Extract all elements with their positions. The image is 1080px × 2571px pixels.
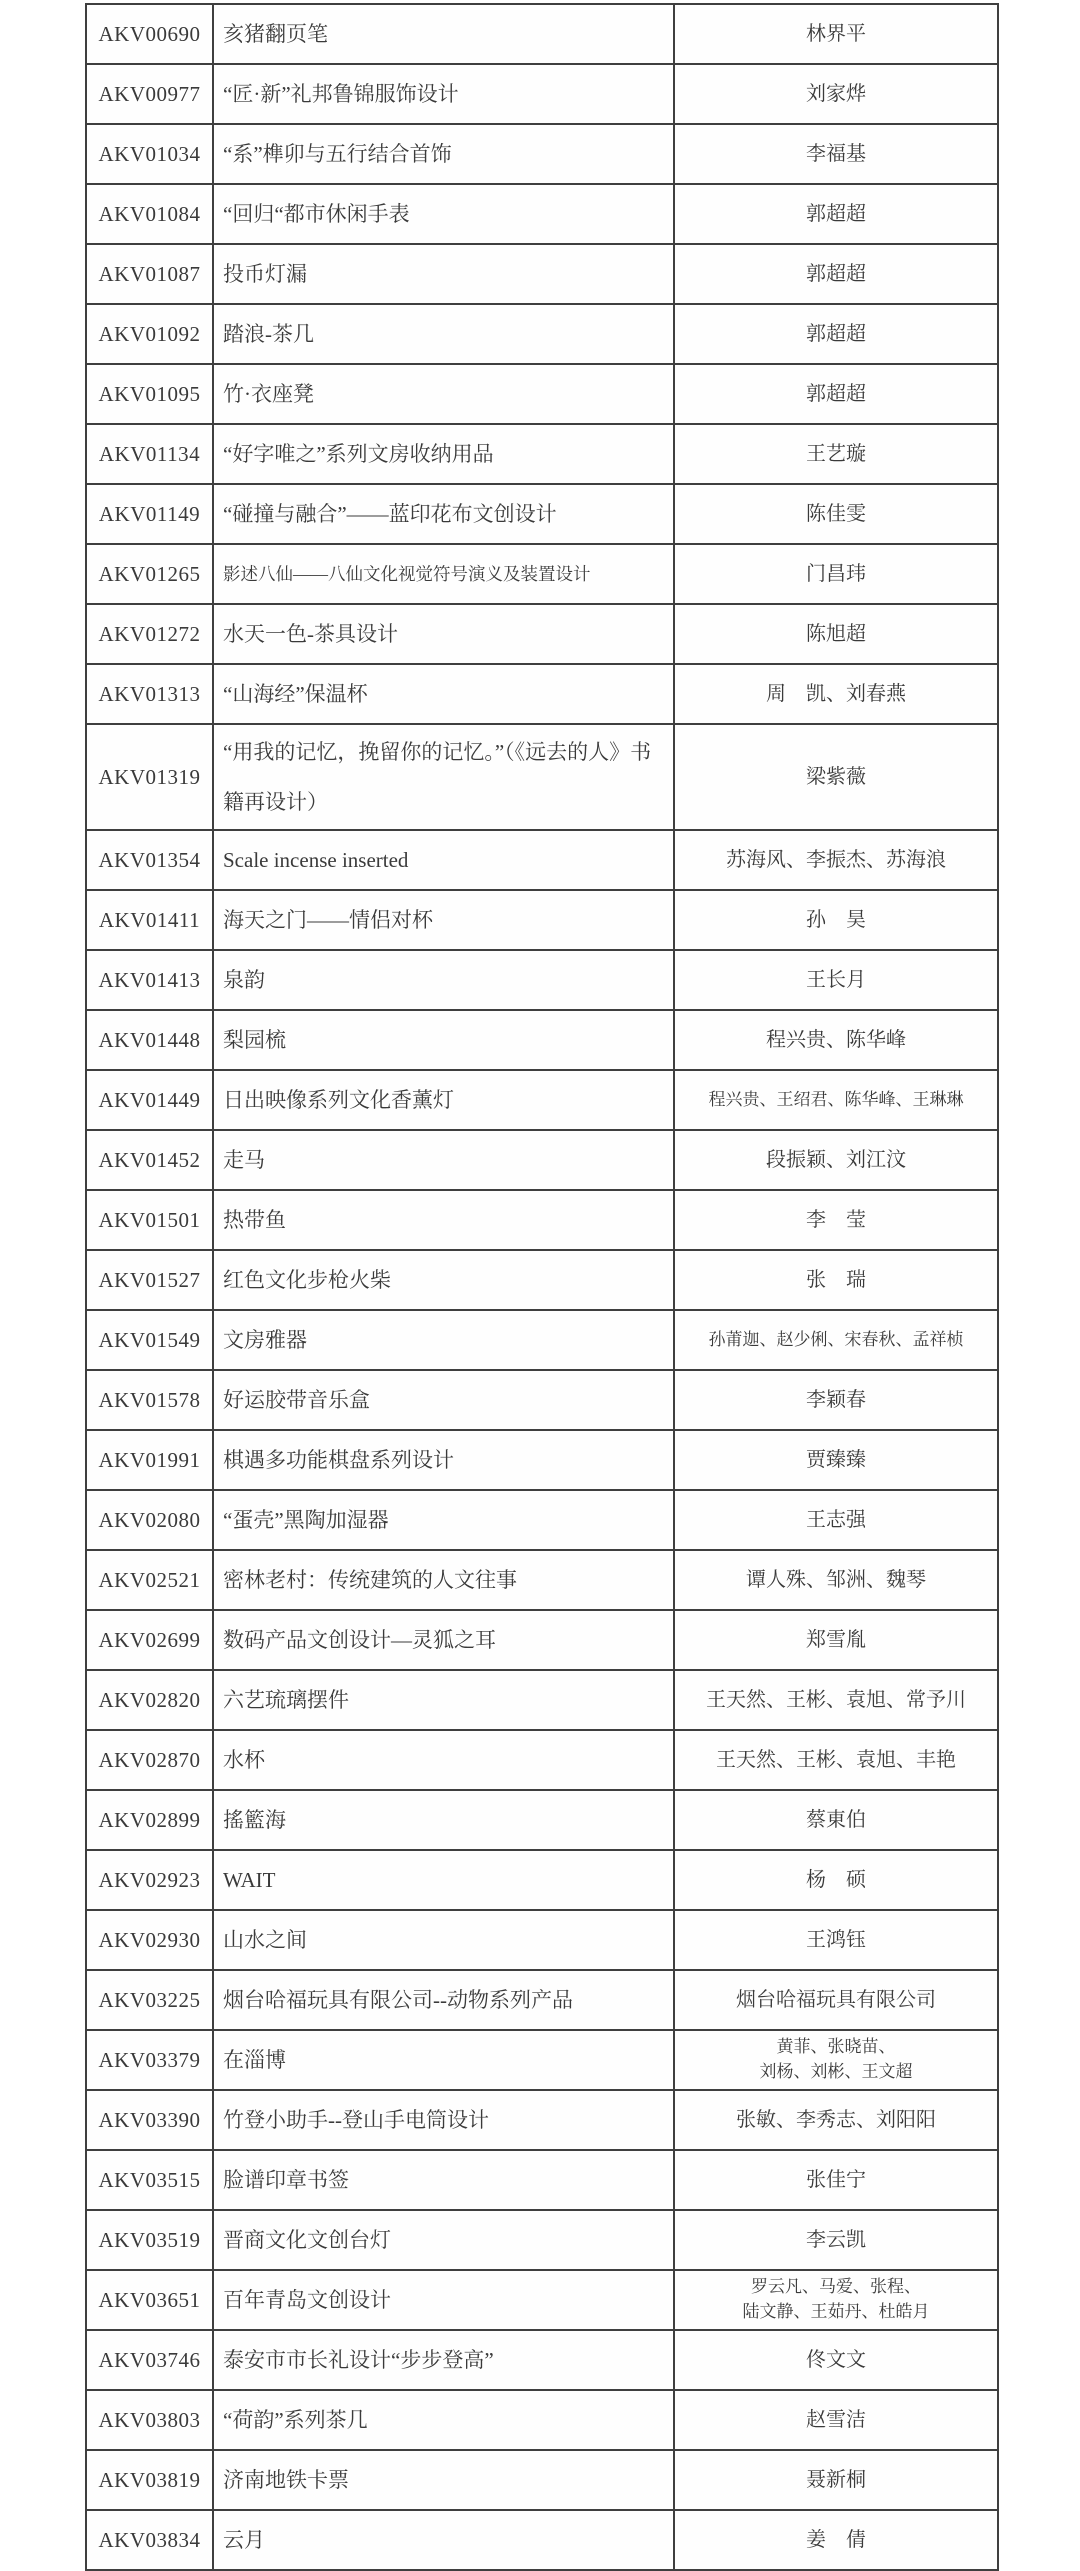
table-row: AKV01134 “好字唯之”系列文房收纳用品 王艺璇	[86, 424, 998, 484]
authors-cell: 王长月	[674, 950, 998, 1010]
work-title-cell: 云月	[213, 2510, 674, 2570]
awards-table-container: AKV00690 亥猪翻页笔 林界平 AKV00977 “匠·新”礼邦鲁锦服饰设…	[85, 3, 997, 2571]
entry-id-cell: AKV02930	[86, 1910, 213, 1970]
table-row: AKV01578 好运胶带音乐盒 李颖春	[86, 1370, 998, 1430]
entry-id-cell: AKV02521	[86, 1550, 213, 1610]
entry-id-cell: AKV01578	[86, 1370, 213, 1430]
entry-id-cell: AKV01034	[86, 124, 213, 184]
authors-cell: 杨 硕	[674, 1850, 998, 1910]
authors-cell: 孙莆迦、赵少俐、宋春秋、孟祥桢	[674, 1310, 998, 1370]
work-title-cell: “用我的记忆，挽留你的记忆。”（《远去的人》书籍再设计）	[213, 724, 674, 830]
authors-cell: 姜 倩	[674, 2510, 998, 2570]
table-row: AKV01549 文房雅器 孙莆迦、赵少俐、宋春秋、孟祥桢	[86, 1310, 998, 1370]
work-title-cell: 数码产品文创设计—灵狐之耳	[213, 1610, 674, 1670]
entry-id-cell: AKV02080	[86, 1490, 213, 1550]
authors-cell: 梁紫薇	[674, 724, 998, 830]
entry-id-cell: AKV02820	[86, 1670, 213, 1730]
work-title-cell: 泰安市市长礼设计“步步登高”	[213, 2330, 674, 2390]
authors-cell: 陈旭超	[674, 604, 998, 664]
work-title-cell: 文房雅器	[213, 1310, 674, 1370]
entry-id-cell: AKV03803	[86, 2390, 213, 2450]
table-row: AKV01452 走马 段振颖、刘江汶	[86, 1130, 998, 1190]
authors-cell: 刘家烨	[674, 64, 998, 124]
work-title-cell: WAIT	[213, 1850, 674, 1910]
entry-id-cell: AKV01501	[86, 1190, 213, 1250]
awards-table: AKV00690 亥猪翻页笔 林界平 AKV00977 “匠·新”礼邦鲁锦服饰设…	[85, 3, 999, 2571]
table-row: AKV00690 亥猪翻页笔 林界平	[86, 4, 998, 64]
table-row: AKV03379 在淄博 黄菲、张晓苗、刘杨、刘彬、王文超	[86, 2030, 998, 2090]
work-title-cell: 晋商文化文创台灯	[213, 2210, 674, 2270]
table-row: AKV01991 棋遇多功能棋盘系列设计 贾臻臻	[86, 1430, 998, 1490]
authors-cell: 王艺璇	[674, 424, 998, 484]
entry-id-cell: AKV03651	[86, 2270, 213, 2330]
entry-id-cell: AKV01092	[86, 304, 213, 364]
table-row: AKV03803 “荷韵”系列茶几 赵雪洁	[86, 2390, 998, 2450]
work-title-cell: 竹·衣座凳	[213, 364, 674, 424]
authors-cell: 李福基	[674, 124, 998, 184]
work-title-cell: “系”榫卯与五行结合首饰	[213, 124, 674, 184]
authors-cell: 王天然、王彬、袁旭、常予川	[674, 1670, 998, 1730]
authors-cell: 程兴贵、陈华峰	[674, 1010, 998, 1070]
work-title-cell: 梨园梳	[213, 1010, 674, 1070]
table-row: AKV02870 水杯 王天然、王彬、袁旭、丰艳	[86, 1730, 998, 1790]
work-title-cell: 竹登小助手--登山手电筒设计	[213, 2090, 674, 2150]
entry-id-cell: AKV01149	[86, 484, 213, 544]
authors-cell: 蔡東伯	[674, 1790, 998, 1850]
authors-cell: 聂新桐	[674, 2450, 998, 2510]
authors-cell: 郭超超	[674, 304, 998, 364]
table-row: AKV03819 济南地铁卡票 聂新桐	[86, 2450, 998, 2510]
authors-cell: 张 瑞	[674, 1250, 998, 1310]
table-row: AKV01354 Scale incense inserted 苏海风、李振杰、…	[86, 830, 998, 890]
entry-id-cell: AKV02923	[86, 1850, 213, 1910]
authors-cell: 程兴贵、王绍君、陈华峰、王琳琳	[674, 1070, 998, 1130]
table-row: AKV03651 百年青岛文创设计 罗云凡、马爱、张程、陆文静、王茹丹、杜皓月	[86, 2270, 998, 2330]
authors-cell: 贾臻臻	[674, 1430, 998, 1490]
authors-cell: 赵雪洁	[674, 2390, 998, 2450]
work-title-cell: 济南地铁卡票	[213, 2450, 674, 2510]
entry-id-cell: AKV00977	[86, 64, 213, 124]
entry-id-cell: AKV00690	[86, 4, 213, 64]
entry-id-cell: AKV01084	[86, 184, 213, 244]
work-title-cell: 脸谱印章书签	[213, 2150, 674, 2210]
work-title-cell: 百年青岛文创设计	[213, 2270, 674, 2330]
table-row: AKV01095 竹·衣座凳 郭超超	[86, 364, 998, 424]
work-title-cell: 热带鱼	[213, 1190, 674, 1250]
table-row: AKV02521 密林老村：传统建筑的人文往事 谭人殊、邹洲、魏琴	[86, 1550, 998, 1610]
entry-id-cell: AKV01991	[86, 1430, 213, 1490]
entry-id-cell: AKV02699	[86, 1610, 213, 1670]
work-title-cell: 六艺琉璃摆件	[213, 1670, 674, 1730]
entry-id-cell: AKV01313	[86, 664, 213, 724]
table-row: AKV01149 “碰撞与融合”——蓝印花布文创设计 陈佳雯	[86, 484, 998, 544]
table-row: AKV01084 “回归“都市休闲手表 郭超超	[86, 184, 998, 244]
work-title-cell: 搖籃海	[213, 1790, 674, 1850]
entry-id-cell: AKV03225	[86, 1970, 213, 2030]
table-row: AKV01527 红色文化步枪火柴 张 瑞	[86, 1250, 998, 1310]
entry-id-cell: AKV01087	[86, 244, 213, 304]
table-row: AKV01087 投币灯漏 郭超超	[86, 244, 998, 304]
work-title-cell: 山水之间	[213, 1910, 674, 1970]
entry-id-cell: AKV01095	[86, 364, 213, 424]
work-title-cell: 在淄博	[213, 2030, 674, 2090]
entry-id-cell: AKV01319	[86, 724, 213, 830]
work-title-cell: “匠·新”礼邦鲁锦服饰设计	[213, 64, 674, 124]
authors-cell: 郭超超	[674, 244, 998, 304]
entry-id-cell: AKV03519	[86, 2210, 213, 2270]
work-title-cell: 日出映像系列文化香薰灯	[213, 1070, 674, 1130]
entry-id-cell: AKV01413	[86, 950, 213, 1010]
work-title-cell: “回归“都市休闲手表	[213, 184, 674, 244]
work-title-cell: 影述八仙——八仙文化视觉符号演义及装置设计	[213, 544, 674, 604]
work-title-cell: 走马	[213, 1130, 674, 1190]
work-title-cell: 投币灯漏	[213, 244, 674, 304]
table-row: AKV01501 热带鱼 李 莹	[86, 1190, 998, 1250]
work-title-cell: 泉韵	[213, 950, 674, 1010]
table-row: AKV03746 泰安市市长礼设计“步步登高” 佟文文	[86, 2330, 998, 2390]
authors-cell: 烟台哈福玩具有限公司	[674, 1970, 998, 2030]
table-row: AKV03834 云月 姜 倩	[86, 2510, 998, 2570]
work-title-cell: 水杯	[213, 1730, 674, 1790]
table-row: AKV02699 数码产品文创设计—灵狐之耳 郑雪胤	[86, 1610, 998, 1670]
table-row: AKV01449 日出映像系列文化香薰灯 程兴贵、王绍君、陈华峰、王琳琳	[86, 1070, 998, 1130]
authors-cell: 王志强	[674, 1490, 998, 1550]
authors-cell: 李云凯	[674, 2210, 998, 2270]
table-row: AKV02899 搖籃海 蔡東伯	[86, 1790, 998, 1850]
work-title-cell: “荷韵”系列茶几	[213, 2390, 674, 2450]
authors-cell: 王天然、王彬、袁旭、丰艳	[674, 1730, 998, 1790]
table-row: AKV01272 水天一色-茶具设计 陈旭超	[86, 604, 998, 664]
work-title-cell: “蛋壳”黑陶加湿器	[213, 1490, 674, 1550]
entry-id-cell: AKV01272	[86, 604, 213, 664]
authors-cell: 黄菲、张晓苗、刘杨、刘彬、王文超	[674, 2030, 998, 2090]
table-row: AKV03515 脸谱印章书签 张佳宁	[86, 2150, 998, 2210]
authors-cell: 郭超超	[674, 364, 998, 424]
work-title-cell: 亥猪翻页笔	[213, 4, 674, 64]
entry-id-cell: AKV01354	[86, 830, 213, 890]
table-row: AKV01413 泉韵 王长月	[86, 950, 998, 1010]
authors-cell: 周 凯、刘春燕	[674, 664, 998, 724]
entry-id-cell: AKV02899	[86, 1790, 213, 1850]
entry-id-cell: AKV03746	[86, 2330, 213, 2390]
table-row: AKV01319 “用我的记忆，挽留你的记忆。”（《远去的人》书籍再设计） 梁紫…	[86, 724, 998, 830]
authors-cell: 佟文文	[674, 2330, 998, 2390]
entry-id-cell: AKV01411	[86, 890, 213, 950]
work-title-cell: 水天一色-茶具设计	[213, 604, 674, 664]
authors-cell: 谭人殊、邹洲、魏琴	[674, 1550, 998, 1610]
entry-id-cell: AKV03819	[86, 2450, 213, 2510]
work-title-cell: 密林老村：传统建筑的人文往事	[213, 1550, 674, 1610]
authors-cell: 孙 昊	[674, 890, 998, 950]
authors-cell: 苏海风、李振杰、苏海浪	[674, 830, 998, 890]
table-row: AKV03390 竹登小助手--登山手电筒设计 张敏、李秀志、刘阳阳	[86, 2090, 998, 2150]
work-title-cell: 红色文化步枪火柴	[213, 1250, 674, 1310]
work-title-cell: “碰撞与融合”——蓝印花布文创设计	[213, 484, 674, 544]
table-row: AKV02923 WAIT 杨 硕	[86, 1850, 998, 1910]
table-row: AKV01265 影述八仙——八仙文化视觉符号演义及装置设计 门昌玮	[86, 544, 998, 604]
entry-id-cell: AKV01452	[86, 1130, 213, 1190]
entry-id-cell: AKV01134	[86, 424, 213, 484]
entry-id-cell: AKV01265	[86, 544, 213, 604]
authors-cell: 陈佳雯	[674, 484, 998, 544]
entry-id-cell: AKV03379	[86, 2030, 213, 2090]
entry-id-cell: AKV01527	[86, 1250, 213, 1310]
work-title-cell: 烟台哈福玩具有限公司--动物系列产品	[213, 1970, 674, 2030]
authors-cell: 林界平	[674, 4, 998, 64]
table-row: AKV03519 晋商文化文创台灯 李云凯	[86, 2210, 998, 2270]
work-title-cell: 棋遇多功能棋盘系列设计	[213, 1430, 674, 1490]
work-title-cell: 踏浪-茶几	[213, 304, 674, 364]
authors-cell: 张敏、李秀志、刘阳阳	[674, 2090, 998, 2150]
results-table-body: AKV00690 亥猪翻页笔 林界平 AKV00977 “匠·新”礼邦鲁锦服饰设…	[86, 4, 998, 2570]
work-title-cell: Scale incense inserted	[213, 830, 674, 890]
authors-cell: 段振颖、刘江汶	[674, 1130, 998, 1190]
table-row: AKV01448 梨园梳 程兴贵、陈华峰	[86, 1010, 998, 1070]
entry-id-cell: AKV02870	[86, 1730, 213, 1790]
entry-id-cell: AKV01448	[86, 1010, 213, 1070]
table-row: AKV00977 “匠·新”礼邦鲁锦服饰设计 刘家烨	[86, 64, 998, 124]
authors-cell: 李颖春	[674, 1370, 998, 1430]
table-row: AKV01092 踏浪-茶几 郭超超	[86, 304, 998, 364]
table-row: AKV01034 “系”榫卯与五行结合首饰 李福基	[86, 124, 998, 184]
entry-id-cell: AKV03390	[86, 2090, 213, 2150]
work-title-cell: 好运胶带音乐盒	[213, 1370, 674, 1430]
authors-cell: 郭超超	[674, 184, 998, 244]
work-title-cell: 海天之门——情侣对杯	[213, 890, 674, 950]
authors-cell: 门昌玮	[674, 544, 998, 604]
authors-cell: 张佳宁	[674, 2150, 998, 2210]
entry-id-cell: AKV03834	[86, 2510, 213, 2570]
authors-cell: 郑雪胤	[674, 1610, 998, 1670]
table-row: AKV01411 海天之门——情侣对杯 孙 昊	[86, 890, 998, 950]
table-row: AKV03225 烟台哈福玩具有限公司--动物系列产品 烟台哈福玩具有限公司	[86, 1970, 998, 2030]
table-row: AKV01313 “山海经”保温杯 周 凯、刘春燕	[86, 664, 998, 724]
entry-id-cell: AKV01549	[86, 1310, 213, 1370]
entry-id-cell: AKV03515	[86, 2150, 213, 2210]
entry-id-cell: AKV01449	[86, 1070, 213, 1130]
authors-cell: 李 莹	[674, 1190, 998, 1250]
table-row: AKV02930 山水之间 王鸿钰	[86, 1910, 998, 1970]
work-title-cell: “山海经”保温杯	[213, 664, 674, 724]
table-row: AKV02080 “蛋壳”黑陶加湿器 王志强	[86, 1490, 998, 1550]
table-row: AKV02820 六艺琉璃摆件 王天然、王彬、袁旭、常予川	[86, 1670, 998, 1730]
work-title-cell: “好字唯之”系列文房收纳用品	[213, 424, 674, 484]
authors-cell: 王鸿钰	[674, 1910, 998, 1970]
authors-cell: 罗云凡、马爱、张程、陆文静、王茹丹、杜皓月	[674, 2270, 998, 2330]
